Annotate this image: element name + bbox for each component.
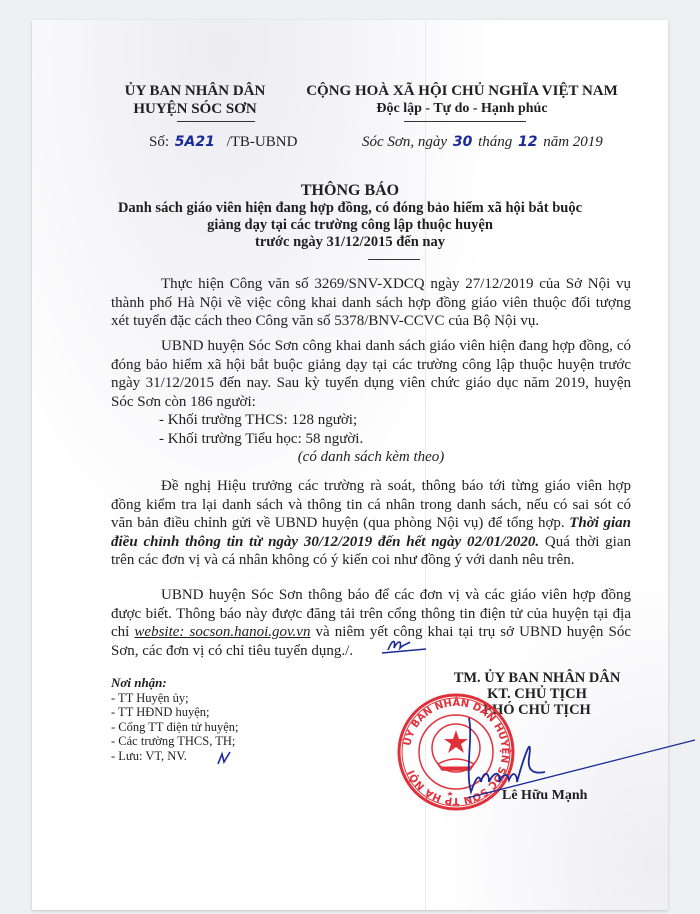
recipient-item: - Các trường THCS, TH; xyxy=(111,734,238,749)
paragraph-request: Đề nghị Hiệu trưởng các trường rà soát, … xyxy=(111,477,631,570)
national-header: CỘNG HOÀ XÃ HỘI CHỦ NGHĨA VIỆT NAM Độc l… xyxy=(294,82,630,118)
list-item: - Khối trường Tiểu học: 58 người. xyxy=(111,430,631,449)
website-link[interactable]: website: socson.hanoi.gov.vn xyxy=(134,624,310,640)
recipients-label: Nơi nhận: xyxy=(111,676,238,691)
authority-underline xyxy=(177,121,255,122)
issuing-authority: ỦY BAN NHÂN DÂN HUYỆN SÓC SƠN xyxy=(110,82,280,118)
initial-check-icon xyxy=(216,750,232,766)
request-text: Đề nghị Hiệu trưởng các trường rà soát, … xyxy=(111,478,631,531)
document-number: Số: 5A21 /TB-UBND xyxy=(149,134,297,151)
paragraph-announcement: UBND huyện Sóc Sơn công khai danh sách g… xyxy=(111,337,631,411)
signature-line-1: TM. ỦY BAN NHÂN DÂN xyxy=(422,670,652,686)
title-sub-3: trước ngày 31/12/2015 đến nay xyxy=(72,234,628,251)
date-day: 30 xyxy=(453,134,472,150)
recipient-item: - TT Huyện ủy; xyxy=(111,691,238,706)
nation-motto: Độc lập - Tự do - Hạnh phúc xyxy=(294,100,630,118)
authority-line-1: ỦY BAN NHÂN DÂN xyxy=(110,82,280,100)
body-paragraph-3: Đề nghị Hiệu trưởng các trường rà soát, … xyxy=(111,477,631,570)
title-sub-2: giảng dạy tại các trường công lập thuộc … xyxy=(72,217,628,234)
document-title: THÔNG BÁO Danh sách giáo viên hiện đang … xyxy=(72,182,628,251)
nation-name: CỘNG HOÀ XÃ HỘI CHỦ NGHĨA VIỆT NAM xyxy=(294,82,630,100)
list-item: - Khối trường THCS: 128 người; xyxy=(111,411,631,430)
number-label: Số: xyxy=(149,134,169,150)
paragraph-reference: Thực hiện Công văn số 3269/SNV-XDCQ ngày… xyxy=(111,275,631,331)
recipient-item: - Cổng TT điện tử huyện; xyxy=(111,720,238,735)
date-year: năm 2019 xyxy=(543,134,603,150)
document-page: ỦY BAN NHÂN DÂN HUYỆN SÓC SƠN CỘNG HOÀ X… xyxy=(32,20,668,910)
document-date: Sóc Sơn, ngày 30 tháng 12 năm 2019 xyxy=(362,134,603,151)
title-sub-1: Danh sách giáo viên hiện đang hợp đồng, … xyxy=(72,200,628,217)
signer-name: Lê Hữu Mạnh xyxy=(502,788,587,804)
body-paragraph-2: UBND huyện Sóc Sơn công khai danh sách g… xyxy=(111,337,631,467)
initial-mark-icon xyxy=(374,632,434,656)
attached-note: (có danh sách kèm theo) xyxy=(111,448,631,467)
number-suffix: /TB-UBND xyxy=(227,134,298,150)
paragraph-publication: UBND huyện Sóc Sơn thông báo để các đơn … xyxy=(111,586,631,660)
date-month: 12 xyxy=(518,134,537,150)
title-main: THÔNG BÁO xyxy=(72,182,628,200)
date-month-label: tháng xyxy=(478,134,512,150)
authority-line-2: HUYỆN SÓC SƠN xyxy=(110,100,280,118)
body-paragraph-4: UBND huyện Sóc Sơn thông báo để các đơn … xyxy=(111,586,631,660)
motto-underline xyxy=(404,121,526,122)
title-underline xyxy=(368,259,420,260)
body-paragraph-1: Thực hiện Công văn số 3269/SNV-XDCQ ngày… xyxy=(111,275,631,331)
date-prefix: Sóc Sơn, ngày xyxy=(362,134,447,150)
recipient-item: - TT HĐND huyện; xyxy=(111,705,238,720)
number-handwritten: 5A21 xyxy=(175,134,215,150)
